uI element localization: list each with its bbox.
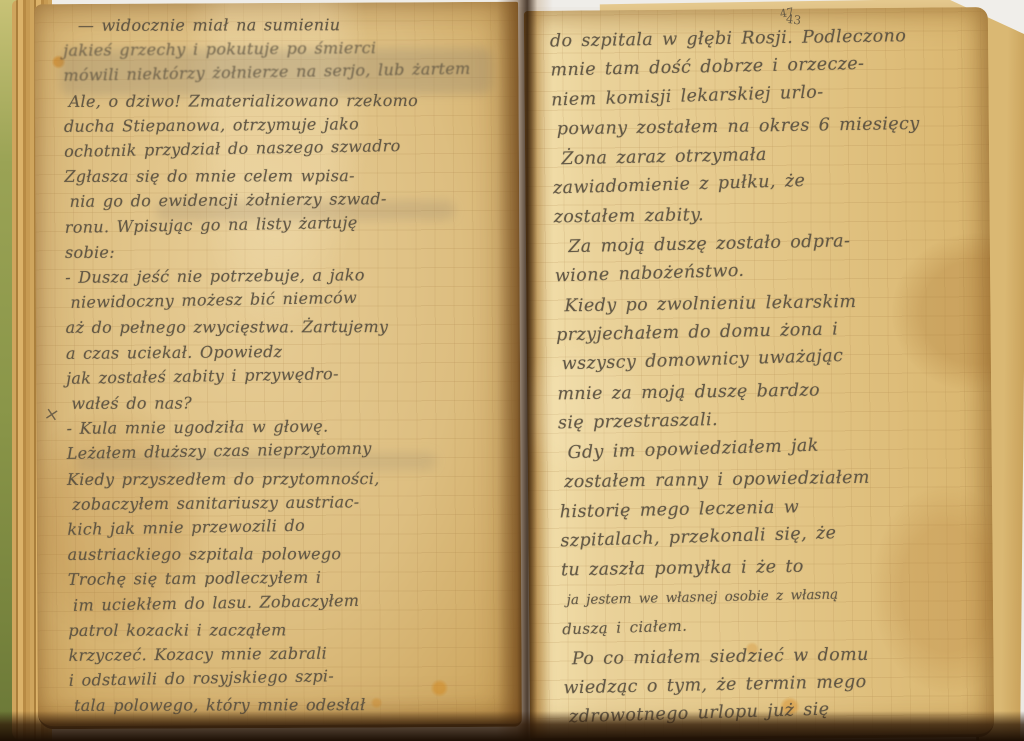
handwriting-line: tala polowego, który mnie odesłał [74, 692, 519, 718]
handwriting-line: wałeś do nas? [71, 390, 516, 416]
scanned-notebook-photo: — widocznie miał na sumieniujakieś grzec… [0, 0, 1024, 741]
handwriting-line: sobie: [65, 239, 515, 265]
handwriting-line: austriackiego szpitala polowego [68, 541, 518, 567]
right-page-handwriting: do szpitala w głębi Rosji. Podleczonomni… [550, 18, 997, 733]
handwriting-line: patrol kozacki i zacząłem [68, 617, 518, 643]
handwriting-line: mnie za moją duszę bardzo [557, 374, 989, 410]
left-page: — widocznie miał na sumieniujakieś grzec… [34, 2, 522, 730]
right-page: 47 43 do szpitala w głębi Rosji. Podlecz… [524, 7, 994, 741]
handwriting-line: Kiedy po zwolnieniu lekarskim [555, 286, 987, 322]
handwriting-line: aż do pełnego zwycięstwa. Żartujemy [66, 314, 516, 340]
left-page-handwriting: — widocznie miał na sumieniujakieś grzec… [63, 9, 519, 719]
handwriting-line: Kiedy przyszedłem do przytomności, [67, 465, 517, 491]
handwriting-line: Zgłasza się do mnie celem wpisa- [64, 163, 514, 189]
handwriting-line: Po co miałem siedzieć w domu [563, 638, 995, 674]
handwriting-line: Ale, o dziwo! Zmaterializowano rzekomo [69, 87, 514, 113]
